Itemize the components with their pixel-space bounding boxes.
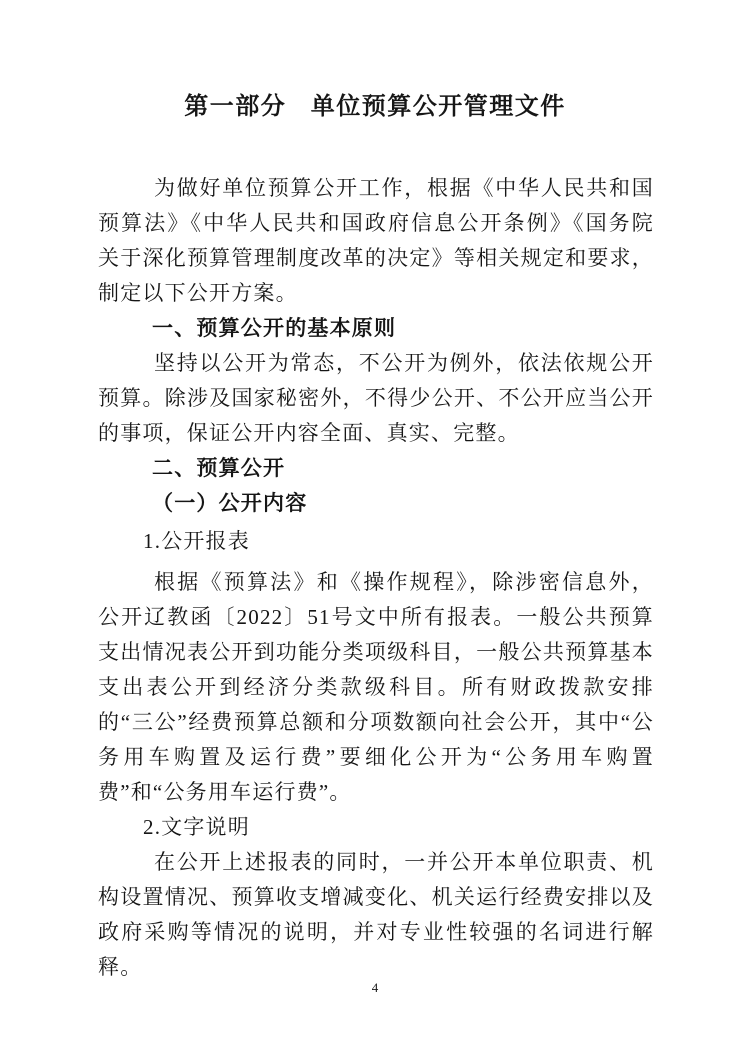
paragraph-reports: 根据《预算法》和《操作规程》，除涉密信息外，公开辽教函〔2022〕51号文中所有… <box>98 565 654 810</box>
paragraph-intro: 为做好单位预算公开工作，根据《中华人民共和国预算法》《中华人民共和国政府信息公开… <box>98 171 654 311</box>
heading-disclosure-content: （一）公开内容 <box>98 486 654 521</box>
heading-budget-disclosure: 二、预算公开 <box>98 451 654 486</box>
document-title: 第一部分 单位预算公开管理文件 <box>0 0 750 122</box>
document-page: 第一部分 单位预算公开管理文件 为做好单位预算公开工作，根据《中华人民共和国预算… <box>0 0 750 1061</box>
paragraph-text-description: 在公开上述报表的同时，一并公开本单位职责、机构设置情况、预算收支增减变化、机关运… <box>98 845 654 985</box>
heading-basic-principles: 一、预算公开的基本原则 <box>98 311 654 346</box>
document-body: 为做好单位预算公开工作，根据《中华人民共和国预算法》《中华人民共和国政府信息公开… <box>98 171 654 985</box>
item-disclosure-reports: 1.公开报表 <box>98 524 654 559</box>
page-number: 4 <box>0 980 750 996</box>
paragraph-principles: 坚持以公开为常态，不公开为例外，依法依规公开预算。除涉及国家秘密外，不得少公开、… <box>98 346 654 451</box>
item-text-description: 2.文字说明 <box>98 810 654 845</box>
